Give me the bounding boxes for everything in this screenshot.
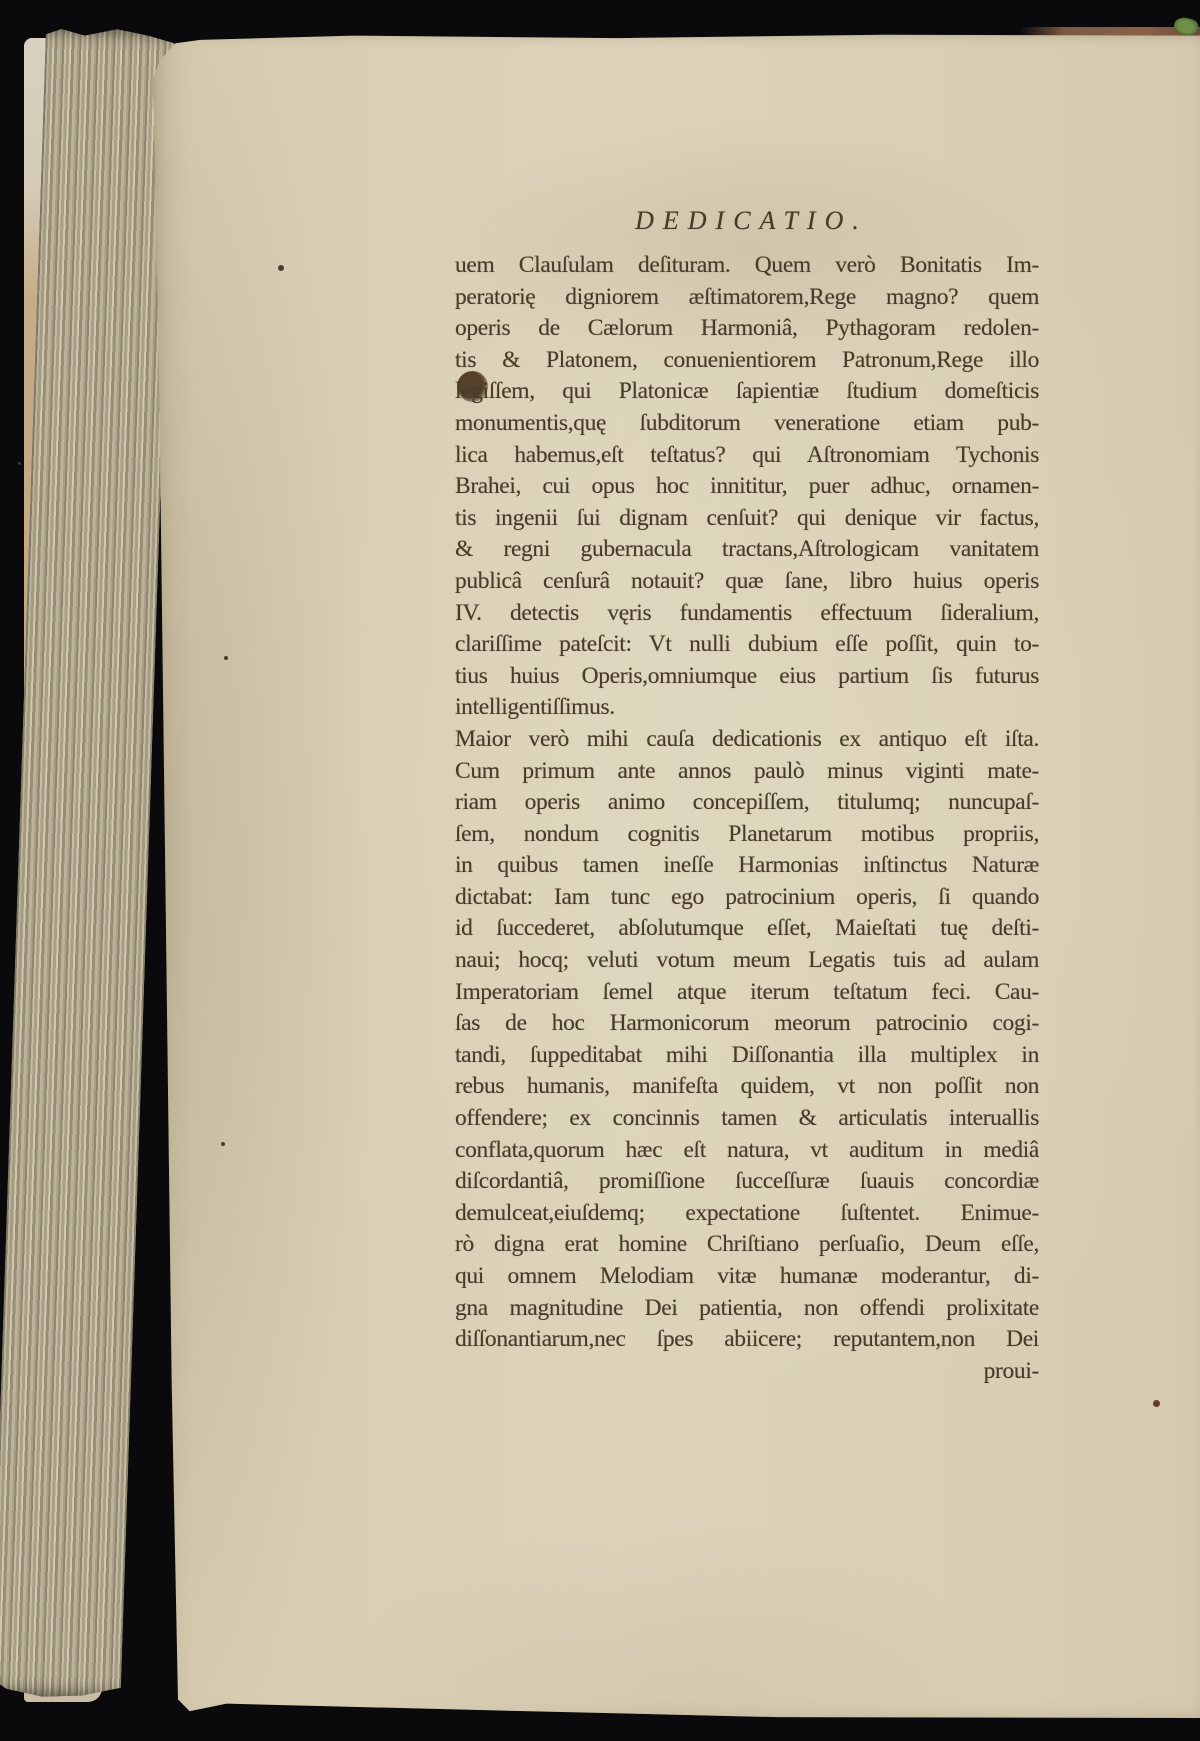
text-line: conflata,quorum hæc eſt natura, vt audit… — [455, 1135, 1039, 1167]
text-line: legiſſem, qui Platonicæ ſapientiæ ſtudiu… — [455, 376, 1039, 408]
text-line: dictabat: Iam tunc ego patrocinium operi… — [455, 882, 1039, 914]
text-line: peratorię digniorem æſtimatorem,Rege mag… — [455, 282, 1039, 314]
text-line: monumentis,quę ſubditorum veneratione et… — [455, 408, 1039, 440]
text-line: IV. detectis vęris fundamentis effectuum… — [455, 598, 1039, 630]
text-line: tius huius Operis,omniumque eius partium… — [455, 661, 1039, 693]
text-line: Maior verò mihi cauſa dedicationis ex an… — [455, 724, 1039, 756]
ink-fleck — [1153, 1400, 1160, 1407]
text-line: clariſſime pateſcit: Vt nulli dubium eſſ… — [455, 629, 1039, 661]
text-line: tis ingenii ſui dignam cenſuit? qui deni… — [455, 503, 1039, 535]
text-line: ſem, nondum cognitis Planetarum motibus … — [455, 819, 1039, 851]
catchword: proui- — [455, 1356, 1039, 1388]
book-page: DEDICATIO. uem Clauſulam deſituram. Quem… — [142, 28, 1200, 1718]
text-line: tandi, ſuppeditabat mihi Diſſonantia ill… — [455, 1040, 1039, 1072]
text-line: intelligentiſſimus. — [455, 692, 1039, 724]
ink-fleck — [224, 656, 228, 660]
text-line: rebus humanis, manifeſta quidem, vt non … — [455, 1071, 1039, 1103]
text-line: tis & Platonem, conuenientiorem Patronum… — [455, 345, 1039, 377]
text-line: diſſonantiarum,nec ſpes abiicere; reputa… — [455, 1324, 1039, 1356]
text-line: offendere; ex concinnis tamen & articula… — [455, 1103, 1039, 1135]
text-line: in quibus tamen ineſſe Harmonias inſtinc… — [455, 850, 1039, 882]
text-line: Imperatoriam ſemel atque iterum teſtatum… — [455, 977, 1039, 1009]
text-line: lica habemus,eſt teſtatus? qui Aſtronomi… — [455, 440, 1039, 472]
dust-speck — [18, 462, 21, 465]
text-line: riam operis animo concepiſſem, titulumq;… — [455, 787, 1039, 819]
text-line: operis de Cælorum Harmoniâ, Pythagoram r… — [455, 313, 1039, 345]
page-heading: DEDICATIO. — [455, 206, 1039, 236]
text-line: Brahei, cui opus hoc innititur, puer adh… — [455, 471, 1039, 503]
text-line: rò digna erat homine Chriſtiano perſuaſi… — [455, 1229, 1039, 1261]
text-line: & regni gubernacula tractans,Aſtrologica… — [455, 534, 1039, 566]
text-line: uem Clauſulam deſituram. Quem verò Bonit… — [455, 250, 1039, 282]
ink-fleck — [278, 265, 284, 271]
text-line: ſas de hoc Harmonicorum meorum patrocini… — [455, 1008, 1039, 1040]
text-line: Cum primum ante annos paulò minus vigint… — [455, 756, 1039, 788]
scan-backdrop: { "page": { "heading": "DEDICATIO.", "bo… — [0, 0, 1200, 1741]
text-line: qui omnem Melodiam vitæ humanæ moderantu… — [455, 1261, 1039, 1293]
text-line: id ſuccederet, abſolutumque eſſet, Maieſ… — [455, 913, 1039, 945]
ink-fleck — [221, 1142, 225, 1146]
text-line: naui; hocq; veluti votum meum Legatis tu… — [455, 945, 1039, 977]
text-line: gna magnitudine Dei patientia, non offen… — [455, 1293, 1039, 1325]
text-line: publicâ cenſurâ notauit? quæ ſane, libro… — [455, 566, 1039, 598]
text-line: demulceat,eiuſdemq; expectatione ſuſtent… — [455, 1198, 1039, 1230]
text-block: DEDICATIO. uem Clauſulam deſituram. Quem… — [455, 206, 1039, 1387]
text-line: diſcordantiâ, promiſſione ſucceſſuræ ſua… — [455, 1166, 1039, 1198]
